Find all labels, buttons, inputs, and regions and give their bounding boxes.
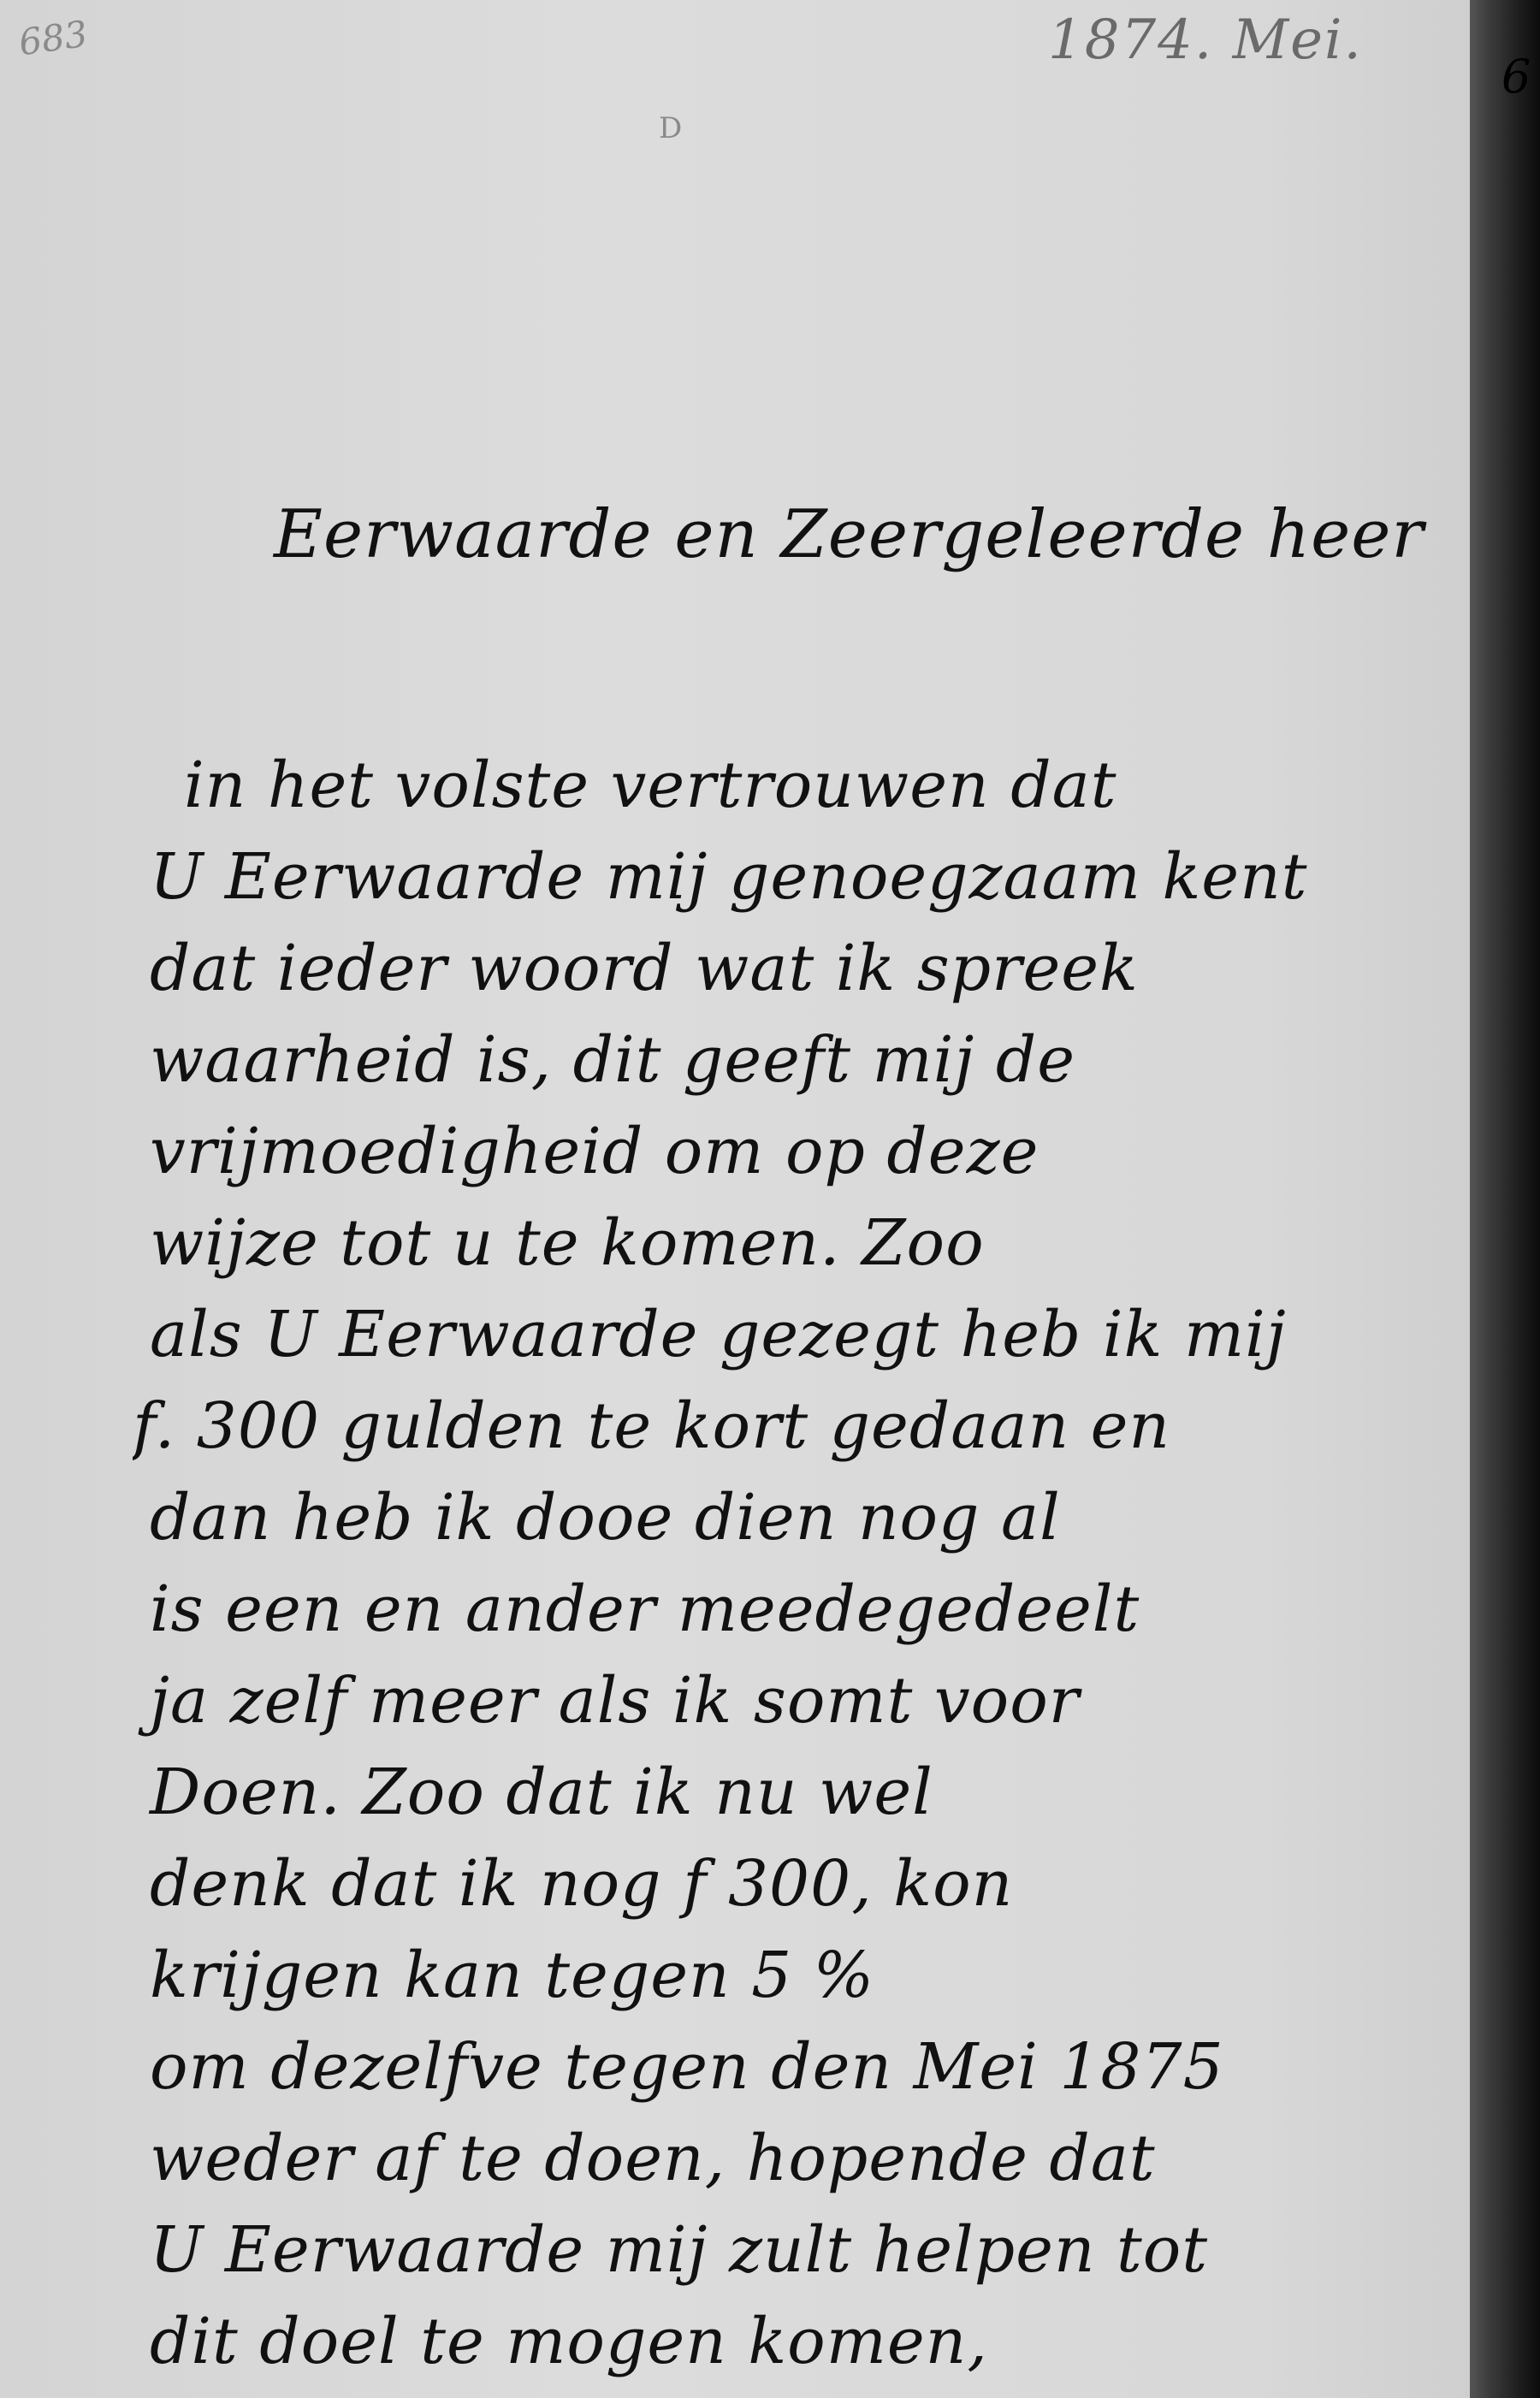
letter-line: waarheid is, dit geeft mij de xyxy=(133,1015,1467,1106)
binding-edge xyxy=(1470,0,1540,2398)
archive-mark: D xyxy=(659,111,682,145)
letter-line: weder af te doen, hopende dat xyxy=(133,2113,1467,2205)
letter-line: in het volste vertrouwen dat xyxy=(133,740,1467,832)
date-annotation: 1874. Mei. xyxy=(1048,9,1363,72)
folio-number: 683 xyxy=(16,13,90,64)
letter-line: dan heb ik dooe dien nog al xyxy=(133,1472,1467,1564)
letter-line: ja zelf meer als ik somt voor xyxy=(133,1655,1467,1747)
letter-line: dat ieder woord wat ik spreek xyxy=(133,923,1467,1015)
page-edge-mark: 6 xyxy=(1501,47,1527,107)
letter-line: krijgen kan tegen 5 % xyxy=(133,1930,1467,2022)
letter-page: 683 1874. Mei. D Eerwaarde en Zeergeleer… xyxy=(0,0,1472,2398)
letter-body: in het volste vertrouwen dat U Eerwaarde… xyxy=(133,740,1467,2388)
letter-line: f. 300 gulden te kort gedaan en xyxy=(133,1381,1467,1472)
letter-line: dit doel te mogen komen, xyxy=(133,2296,1467,2388)
letter-line: U Eerwaarde mij zult helpen tot xyxy=(133,2205,1467,2296)
letter-line: denk dat ik nog f 300, kon xyxy=(133,1838,1467,1930)
letter-line: wijze tot u te komen. Zoo xyxy=(133,1198,1467,1289)
letter-line: Doen. Zoo dat ik nu wel xyxy=(133,1747,1467,1838)
letter-line: vrijmoedigheid om op deze xyxy=(133,1106,1467,1198)
letter-line: om dezelfve tegen den Mei 1875 xyxy=(133,2022,1467,2113)
letter-line: als U Eerwaarde gezegt heb ik mij xyxy=(133,1289,1467,1381)
letter-line: is een en ander meedegedeelt xyxy=(133,1564,1467,1655)
letter-line: U Eerwaarde mij genoegzaam kent xyxy=(133,832,1467,923)
salutation: Eerwaarde en Zeergeleerde heer xyxy=(274,496,1472,573)
